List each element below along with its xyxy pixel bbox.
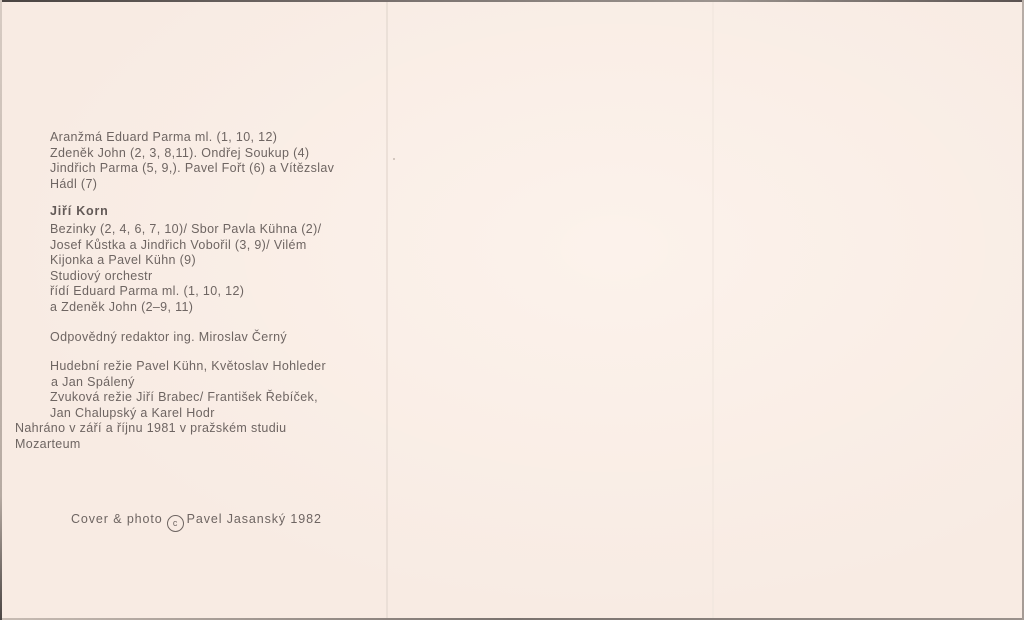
credit-line: Kijonka a Pavel Kühn (9) bbox=[50, 253, 321, 269]
paper-speck bbox=[393, 158, 395, 160]
credit-line: Jan Chalupský a Karel Hodr bbox=[50, 406, 326, 422]
cover-photographer: Pavel Jasanský 1982 bbox=[187, 512, 322, 526]
credit-line: Hádl (7) bbox=[50, 177, 334, 193]
recording-line: Nahráno v září a říjnu 1981 v pražském s… bbox=[15, 421, 286, 437]
production-credits: Hudební režie Pavel Kühn, Květoslav Hohl… bbox=[50, 359, 326, 421]
credit-line: Zdeněk John (2, 3, 8,11). Ondřej Soukup … bbox=[50, 146, 334, 162]
credit-line: a Jan Spálený bbox=[50, 375, 326, 391]
scan-edge-top bbox=[0, 0, 1024, 2]
scan-edge-left bbox=[0, 0, 2, 620]
recording-info: Nahráno v září a říjnu 1981 v pražském s… bbox=[15, 421, 286, 452]
cover-credit: Cover & photocPavel Jasanský 1982 bbox=[71, 512, 322, 532]
fold-line bbox=[386, 0, 388, 620]
fold-line bbox=[712, 0, 714, 620]
performers-credits: Bezinky (2, 4, 6, 7, 10)/ Sbor Pavla Küh… bbox=[50, 222, 321, 315]
credit-line: Studiový orchestr bbox=[50, 269, 321, 285]
credit-line: Aranžmá Eduard Parma ml. (1, 10, 12) bbox=[50, 130, 334, 146]
credit-line: řídí Eduard Parma ml. (1, 10, 12) bbox=[50, 284, 321, 300]
arrangement-credits: Aranžmá Eduard Parma ml. (1, 10, 12) Zde… bbox=[50, 130, 334, 192]
performer-name: Jiří Korn bbox=[50, 204, 109, 220]
cover-prefix: Cover & photo bbox=[71, 512, 163, 526]
copyright-icon: c bbox=[167, 515, 184, 532]
credit-line: a Zdeněk John (2–9, 11) bbox=[50, 300, 321, 316]
credit-line: Jindřich Parma (5, 9,). Pavel Fořt (6) a… bbox=[50, 161, 334, 177]
credit-line: Hudební režie Pavel Kühn, Květoslav Hohl… bbox=[50, 359, 326, 375]
recording-line: Mozarteum bbox=[15, 437, 286, 453]
credit-line: Zvuková režie Jiří Brabec/ František Řeb… bbox=[50, 390, 326, 406]
editor-credit: Odpovědný redaktor ing. Miroslav Černý bbox=[50, 330, 287, 346]
credit-line: Bezinky (2, 4, 6, 7, 10)/ Sbor Pavla Küh… bbox=[50, 222, 321, 238]
credit-line: Josef Kůstka a Jindřich Vobořil (3, 9)/ … bbox=[50, 238, 321, 254]
